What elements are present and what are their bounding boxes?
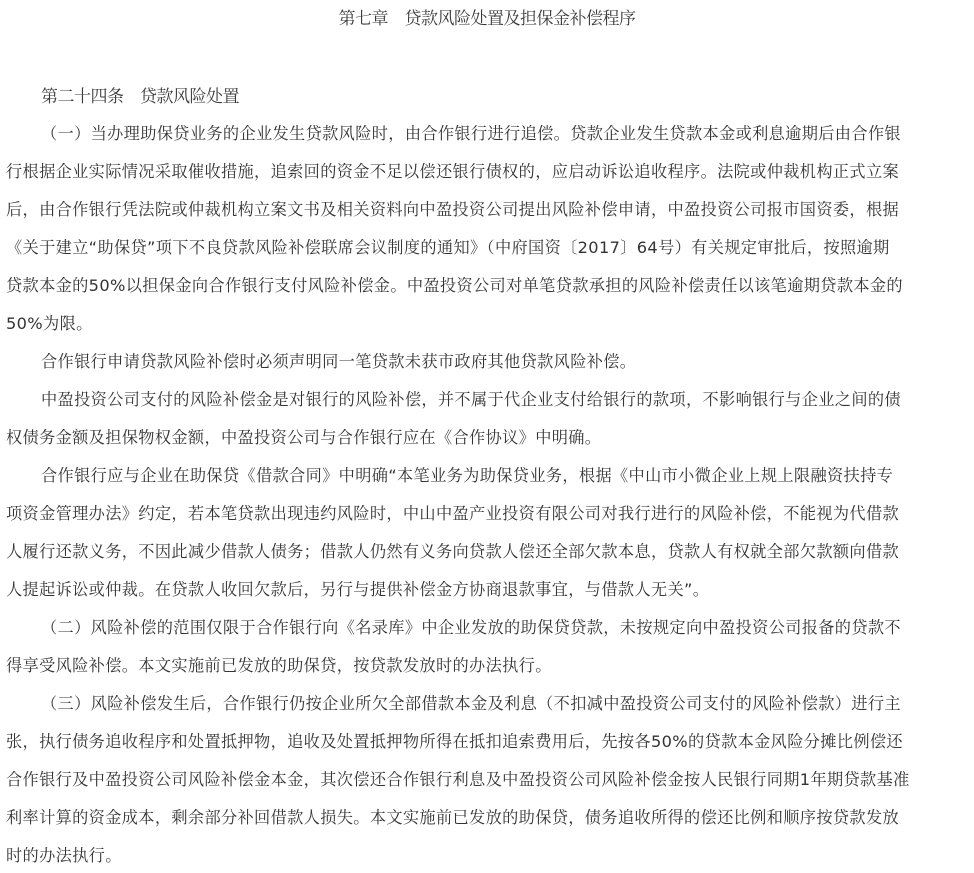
text-line: 《关于建立“助保贷”项下不良贷款风险补偿联席会议制度的通知》（中府国资〔2017…: [6, 229, 972, 267]
text-line: 合作银行申请贷款风险补偿时必须声明同一笔贷款未获市政府其他贷款风险补偿。: [6, 343, 972, 381]
text-line: 合作银行应与企业在助保贷《借款合同》中明确“本笔业务为助保贷业务，根据《中山市小…: [6, 457, 972, 495]
text-line: 项资金管理办法》约定，若本笔贷款出现违约风险时，中山中盈产业投资有限公司对我行进…: [6, 495, 972, 533]
text-line: （三）风险补偿发生后，合作银行仍按企业所欠全部借款本金及利息（不扣减中盈投资公司…: [6, 685, 972, 723]
paragraph-bank-declaration: 合作银行申请贷款风险补偿时必须声明同一笔贷款未获市政府其他贷款风险补偿。: [6, 343, 972, 381]
text-line: 人提起诉讼或仲裁。在贷款人收回欠款后，另行与提供补偿金方协商退款事宜，与借款人无…: [6, 571, 972, 609]
text-line: （一）当办理助保贷业务的企业发生贷款风险时，由合作银行进行追偿。贷款企业发生贷款…: [6, 115, 972, 153]
paragraph-clause-1: （一）当办理助保贷业务的企业发生贷款风险时，由合作银行进行追偿。贷款企业发生贷款…: [6, 115, 972, 343]
text-line: 张，执行债务追收程序和处置抵押物，追收及处置抵押物所得在抵扣追索费用后，先按各5…: [6, 723, 972, 761]
text-line: 贷款本金的50%以担保金向合作银行支付风险补偿金。中盈投资公司对单笔贷款承担的风…: [6, 267, 972, 305]
text-line: （二）风险补偿的范围仅限于合作银行向《名录库》中企业发放的助保贷贷款，未按规定向…: [6, 609, 972, 647]
paragraph-compensation-nature: 中盈投资公司支付的风险补偿金是对银行的风险补偿，并不属于代企业支付给银行的款项，…: [6, 381, 972, 457]
chapter-title: 第七章 贷款风险处置及担保金补偿程序: [0, 6, 974, 32]
article-body: （一）当办理助保贷业务的企业发生贷款风险时，由合作银行进行追偿。贷款企业发生贷款…: [6, 115, 972, 873]
text-line: 权债务金额及担保物权金额，中盈投资公司与合作银行应在《合作协议》中明确。: [6, 419, 972, 457]
text-line: 人履行还款义务，不因此减少借款人债务；借款人仍然有义务向贷款人偿还全部欠款本息，…: [6, 533, 972, 571]
text-line: 合作银行及中盈投资公司风险补偿金本金，其次偿还合作银行利息及中盈投资公司风险补偿…: [6, 761, 972, 799]
text-line: 中盈投资公司支付的风险补偿金是对银行的风险补偿，并不属于代企业支付给银行的款项，…: [6, 381, 972, 419]
text-line: 时的办法执行。: [6, 837, 972, 873]
paragraph-clause-2: （二）风险补偿的范围仅限于合作银行向《名录库》中企业发放的助保贷贷款，未按规定向…: [6, 609, 972, 685]
paragraph-clause-3: （三）风险补偿发生后，合作银行仍按企业所欠全部借款本金及利息（不扣减中盈投资公司…: [6, 685, 972, 873]
text-line: 利率计算的资金成本，剩余部分补回借款人损失。本文实施前已发放的助保贷，债务追收所…: [6, 799, 972, 837]
text-line: 后，由合作银行凭法院或仲裁机构立案文书及相关资料向中盈投资公司提出风险补偿申请，…: [6, 191, 972, 229]
paragraph-loan-contract-clause: 合作银行应与企业在助保贷《借款合同》中明确“本笔业务为助保贷业务，根据《中山市小…: [6, 457, 972, 609]
document-page: 第七章 贷款风险处置及担保金补偿程序 第二十四条 贷款风险处置 （一）当办理助保…: [0, 0, 974, 873]
text-line: 50%为限。: [6, 305, 972, 343]
text-line: 行根据企业实际情况采取催收措施，追索回的资金不足以偿还银行债权的，应启动诉讼追收…: [6, 153, 972, 191]
text-line: 得享受风险补偿。本文实施前已发放的助保贷，按贷款发放时的办法执行。: [6, 647, 972, 685]
article-title: 第二十四条 贷款风险处置: [41, 84, 239, 110]
